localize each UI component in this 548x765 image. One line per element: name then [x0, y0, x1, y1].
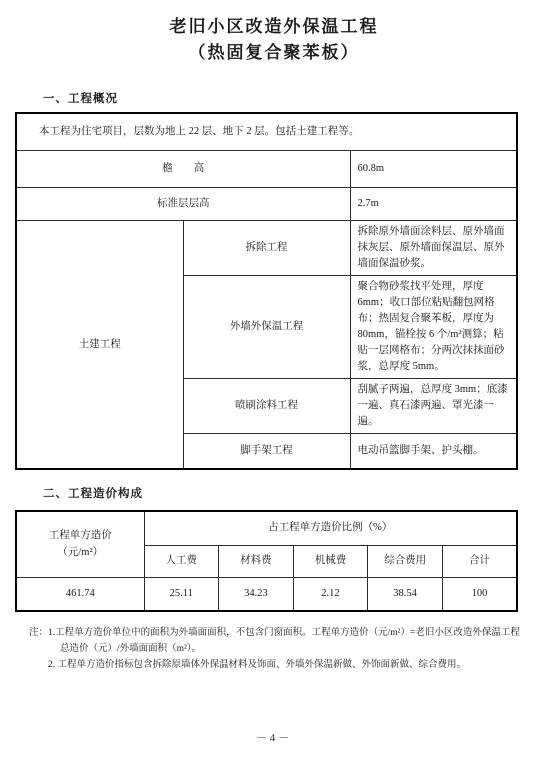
scaffold-desc: 电动吊篮脚手架、护头棚。	[350, 433, 517, 469]
table-row: 檐 高 60.8m	[16, 150, 517, 187]
page-title-line2: （热固复合聚苯板）	[15, 40, 533, 66]
eave-height-label: 檐 高	[16, 150, 350, 187]
table-data-row: 461.74 25.11 34.23 2.12 38.54 100	[16, 577, 517, 611]
unit-cost-header: 工程单方造价 （元/m²）	[16, 511, 144, 577]
total-header: 合计	[442, 545, 517, 577]
machinery-cost-value: 2.12	[293, 577, 368, 611]
project-intro-cell: 本工程为住宅项目，层数为地上 22 层、地下 2 层。包括土建工程等。	[16, 113, 517, 150]
document-page: 老旧小区改造外保温工程 （热固复合聚苯板） 一、工程概况 本工程为住宅项目，层数…	[0, 0, 548, 765]
cost-composition-table: 工程单方造价 （元/m²） 占工程单方造价比例（%） 人工费 材料费 机械费 综…	[15, 510, 518, 612]
unit-cost-value: 461.74	[16, 577, 144, 611]
exterior-insulation-desc: 聚合物砂浆找平处理，厚度 6mm；收口部位粘贴翻包网格布；热固复合聚苯板，厚度为…	[350, 275, 517, 378]
footnotes: 注： 1.工程单方造价单位中的面积为外墙面面积，不包含门窗面积。工程单方造价（元…	[29, 625, 525, 673]
page-number: －4－	[0, 729, 548, 745]
standard-floor-height-value: 2.7m	[350, 187, 517, 220]
overhead-cost-header: 综合费用	[368, 545, 443, 577]
labor-cost-value: 25.11	[144, 577, 219, 611]
demolition-label: 拆除工程	[183, 220, 350, 275]
labor-cost-header: 人工费	[144, 545, 219, 577]
material-cost-value: 34.23	[219, 577, 294, 611]
material-cost-header: 材料费	[219, 545, 294, 577]
table-header-row: 工程单方造价 （元/m²） 占工程单方造价比例（%）	[16, 511, 517, 545]
footnote-items: 1.工程单方造价单位中的面积为外墙面面积，不包含门窗面积。工程单方造价（元/m²…	[48, 625, 525, 673]
page-title-line1: 老旧小区改造外保温工程	[15, 14, 533, 40]
overhead-cost-value: 38.54	[368, 577, 443, 611]
eave-height-value: 60.8m	[350, 150, 517, 187]
footnote-2: 2. 工程单方造价指标包含拆除原墙体外保温材料及饰面、外墙外保温新做、外饰面新做…	[48, 657, 525, 673]
unit-cost-header-line1: 工程单方造价	[21, 527, 140, 544]
standard-floor-height-label: 标准层层高	[16, 187, 350, 220]
table-row: 本工程为住宅项目，层数为地上 22 层、地下 2 层。包括土建工程等。	[16, 113, 517, 150]
page-title: 老旧小区改造外保温工程 （热固复合聚苯板）	[15, 14, 533, 66]
footnote-1: 1.工程单方造价单位中的面积为外墙面面积，不包含门窗面积。工程单方造价（元/m²…	[48, 625, 525, 657]
section2-heading: 二、工程造价构成	[43, 485, 533, 501]
machinery-cost-header: 机械费	[293, 545, 368, 577]
exterior-insulation-label: 外墙外保温工程	[183, 275, 350, 378]
demolition-desc: 拆除原外墙面涂料层、原外墙面抹灰层、原外墙面保温层、原外墙面保温砂浆。	[350, 220, 517, 275]
scaffold-label: 脚手架工程	[183, 433, 350, 469]
project-overview-table: 本工程为住宅项目，层数为地上 22 层、地下 2 层。包括土建工程等。 檐 高 …	[15, 112, 518, 470]
table-row: 土建工程 拆除工程 拆除原外墙面涂料层、原外墙面抹灰层、原外墙面保温层、原外墙面…	[16, 220, 517, 275]
proportion-group-header: 占工程单方造价比例（%）	[144, 511, 517, 545]
footnote-prefix: 注：	[29, 625, 48, 673]
section1-heading: 一、工程概况	[43, 90, 533, 106]
paint-spray-desc: 刮腻子两遍，总厚度 3mm；底漆一遍、真石漆两遍、罩光漆一遍。	[350, 378, 517, 433]
paint-spray-label: 喷刷涂料工程	[183, 378, 350, 433]
table-row: 标准层层高 2.7m	[16, 187, 517, 220]
total-value: 100	[442, 577, 517, 611]
page-content: 老旧小区改造外保温工程 （热固复合聚苯板） 一、工程概况 本工程为住宅项目，层数…	[0, 0, 548, 673]
civil-works-group-label: 土建工程	[16, 220, 183, 469]
unit-cost-header-line2: （元/m²）	[21, 544, 140, 561]
